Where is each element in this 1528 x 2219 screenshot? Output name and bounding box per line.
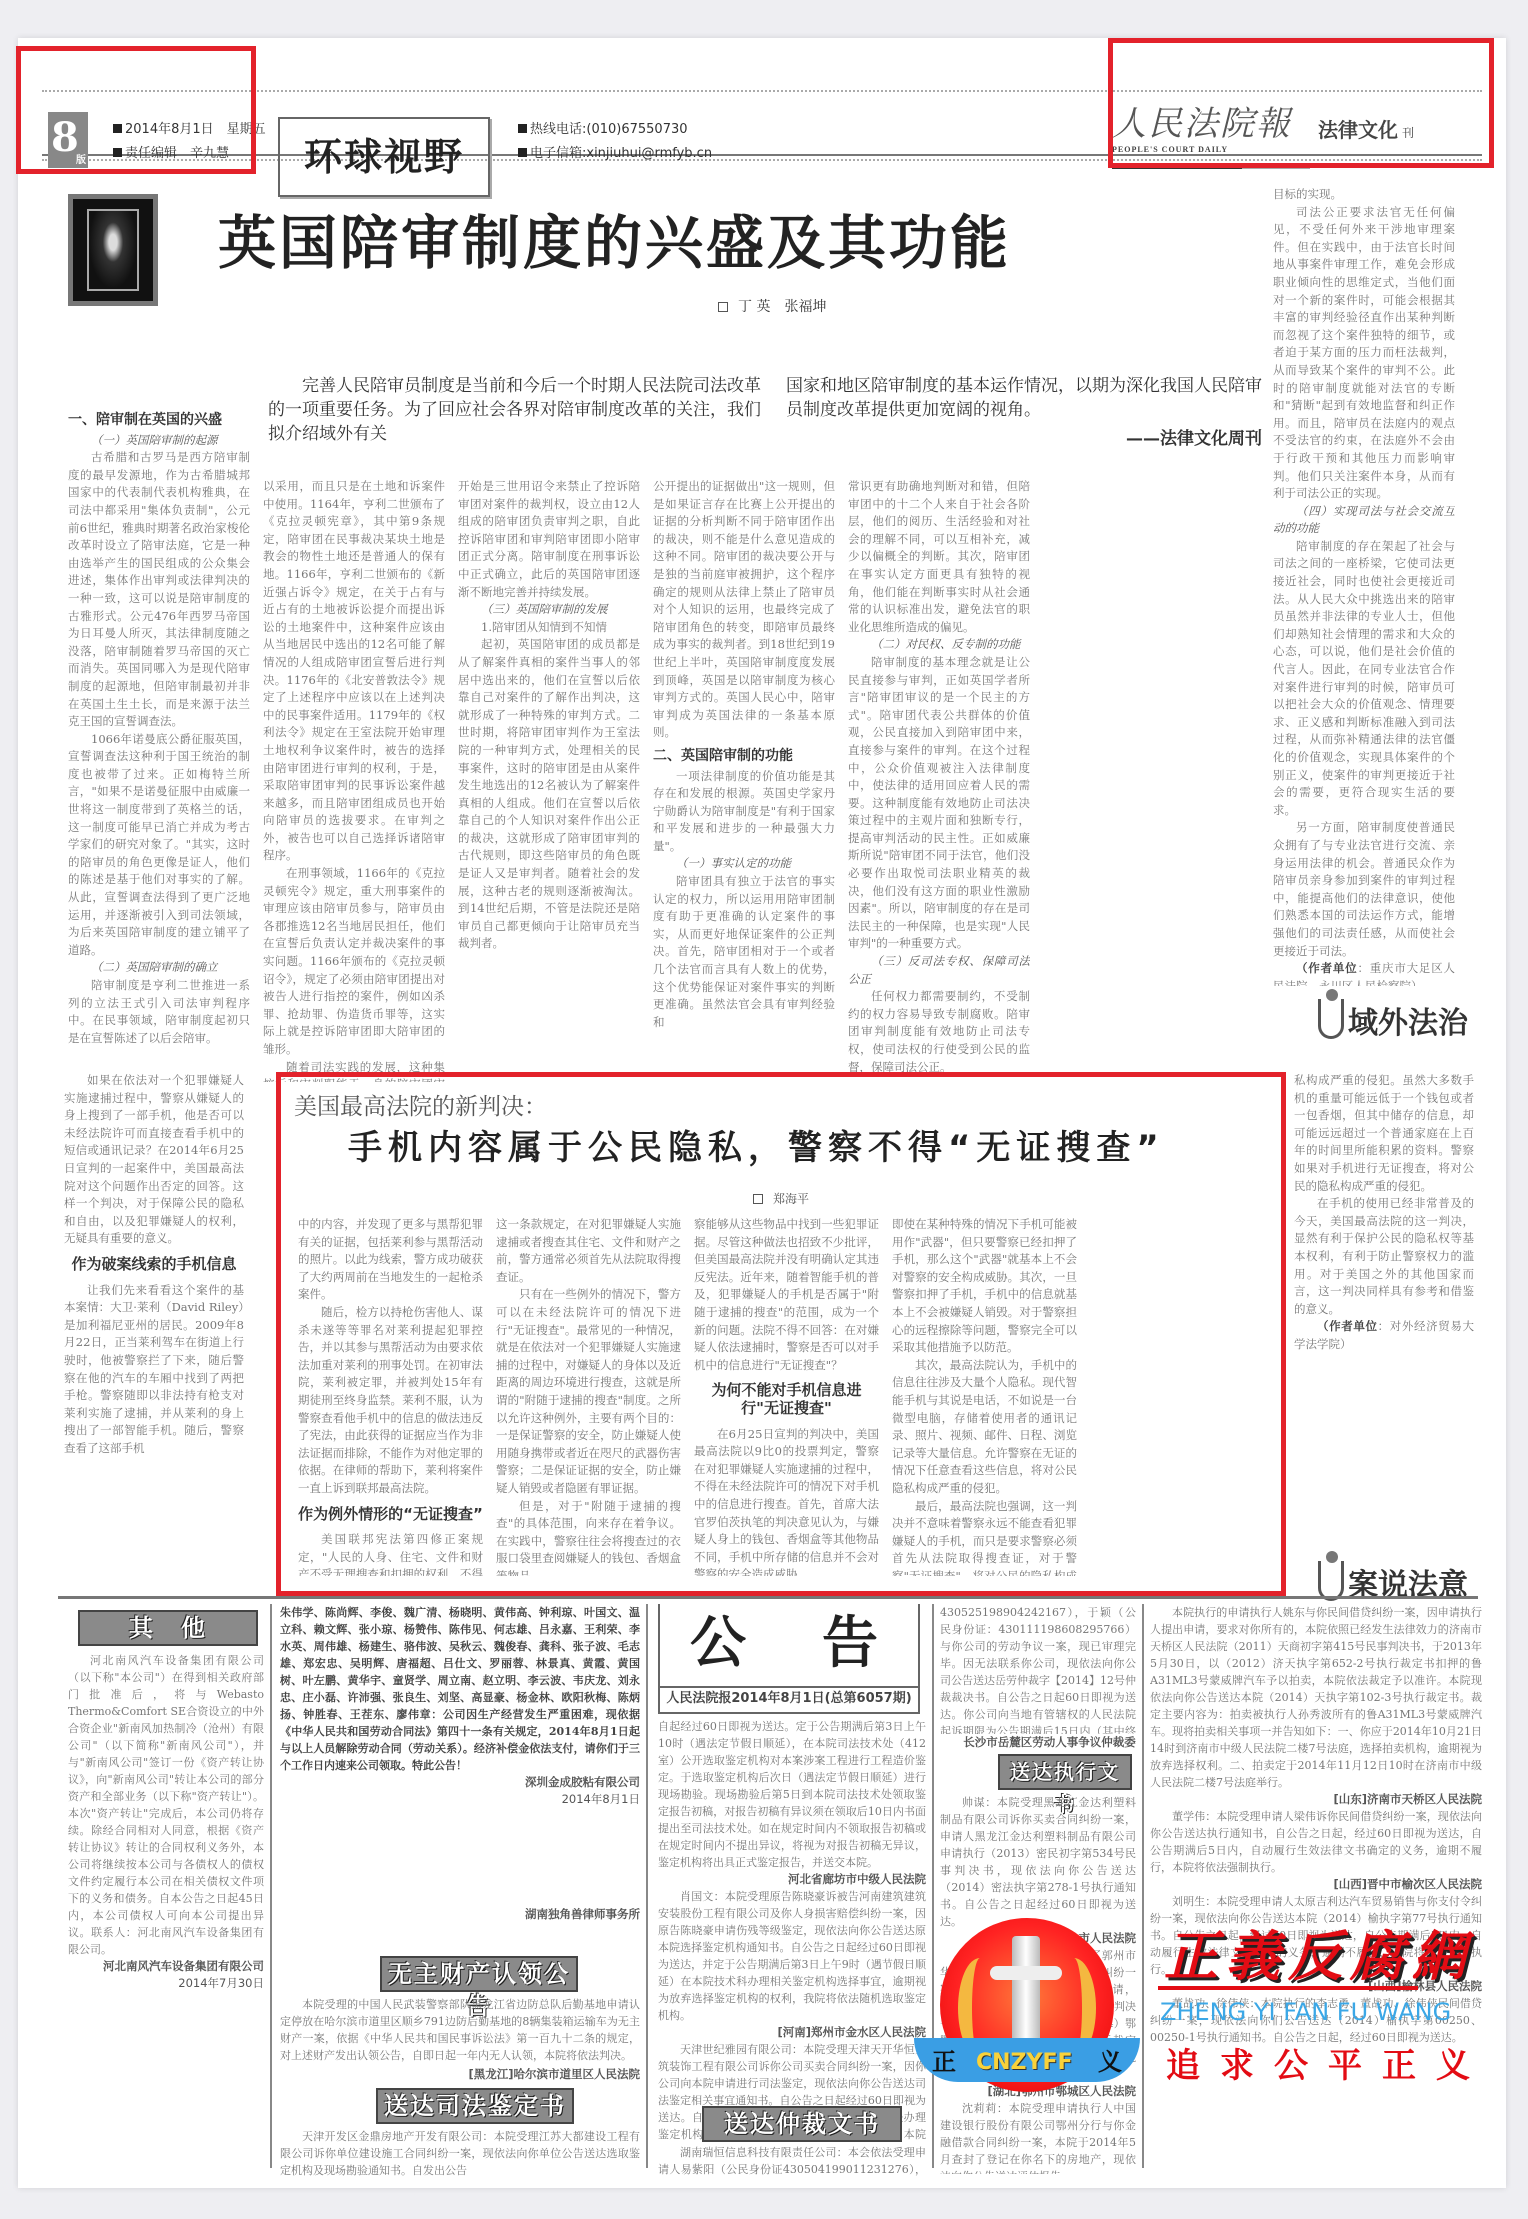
subsection-heading: （三）反司法专权、保障司法公正 [848, 953, 1030, 988]
watermark-slogan: 追求公平正义 [1166, 2038, 1490, 2087]
article2-title: 手机内容属于公民隐私，警察不得“无证搜查” [348, 1120, 1165, 1169]
announcement-subtitle-box: 人民法院报2014年8月1日(总第6057期) [658, 1688, 920, 1714]
article1-column-5: 常识更有助确地判断对和错，但陪审团中的十二个人来自于社会各阶层，他们的阅历、生活… [848, 478, 1030, 1082]
bullet-square-icon [518, 148, 527, 157]
article2-right-column: 私构成严重的侵犯。虽然大多数手机的重量可能远低于一个钱包或者一包香烟，但其中储存… [1294, 1072, 1474, 1492]
notices-top-rule [58, 1596, 1478, 1599]
article1-column-4: 公开提出的证据做出"这一规则，但是如果证言存在比赛上公开提出的证据的分析判断不同… [653, 478, 835, 1082]
article1-lede-source: ——法律文化周刊 [1126, 424, 1262, 449]
notice-auction: 本院执行的申请执行人姚东与你民间借贷纠纷一案，因申请执行人提出申请，要求对你所有… [1150, 1604, 1482, 2174]
notice-other: 河北南风汽车设备集团有限公司（以下称"本公司"）在得到相关政府部门批准后，将与W… [68, 1652, 264, 2172]
byline-box-icon [718, 302, 728, 312]
article1-column-2: 以采用，而且只是在土地和诉案件中使用。1164年，亨利二世颁布了《克拉灵顿宪章》… [263, 478, 445, 1082]
section-heading: 二、英国陪审制的功能 [653, 748, 835, 766]
emblem-text: CNZYFF [976, 2050, 1073, 2075]
article1-title: 英国陪审制度的兴盛及其功能 [218, 196, 1011, 280]
article2-column-1: 中的内容，并发现了更多与黑帮犯罪有关的证据，包括莱利参与黑帮活动的照片。以此为线… [298, 1216, 483, 1576]
mascot-icon [1318, 999, 1344, 1039]
watermark-title: 正義反腐網 [1164, 1914, 1474, 1991]
subsection-heading: （一）英国陪审制的起源 [68, 432, 250, 450]
article2-byline: 郑海平 [753, 1190, 809, 1207]
notice-divider [932, 1604, 934, 2168]
article2-subheading: 为何不能对手机信息进行"无证搜查" [694, 1382, 879, 1417]
section-heading: 一、陪审制在英国的兴盛 [68, 412, 250, 430]
article2-subheading: 作为破案线索的手机信息 [64, 1256, 244, 1274]
bullet-square-icon [518, 124, 527, 133]
banner-execution: 送达执行文书 [998, 1754, 1132, 1790]
article2-left-column: 如果在依法对一个犯罪嫌疑人实施逮捕过程中，警察从嫌疑人的身上搜到了一部手机，他是… [64, 1072, 244, 1592]
article1-lede-left: 完善人民陪审员制度是当前和今后一个时期人民法院司法改革的一项重要任务。为了回应社… [268, 374, 768, 446]
article2-subheading: 作为例外情形的“无证搜查” [298, 1506, 483, 1524]
email: 电子信箱:xinjiuhui@rmfyb.cn [518, 142, 712, 161]
subsection-heading: （四）实现司法与社会交流互动的功能 [1273, 503, 1455, 538]
notice-layoff: 朱伟学、陈尚辉、李俊、魏广清、杨晓明、黄伟高、钟利琼、叶国文、温立科、赖文辉、张… [280, 1604, 640, 1904]
notice-labor-sign: 长沙市岳麓区劳动人事争议仲裁委员会 [940, 1734, 1136, 1752]
hotline: 热线电话:(010)67550730 [518, 118, 688, 137]
notice-arbitration: 湖南瑞恒信息科技有限责任公司：本会依法受理申请人易紫阳（公民身份证4305041… [658, 2144, 926, 2180]
notice-unclaimed-property: 本院受理的中国人民武装警察部队黑龙江省边防总队后勤基地申请认定停放在哈尔滨市道里… [280, 1996, 640, 2066]
announcement-subtitle: 人民法院报2014年8月1日(总第6057期) [660, 1688, 918, 1710]
notice-divider [270, 1604, 272, 2168]
notice-divider [1142, 1604, 1144, 2168]
notice-labor-arbitration: 430525198904242167），于颖（公民身份证：43011119860… [940, 1604, 1136, 1734]
article2-column-4: 即使在某种特殊的情况下手机可能被用作"武器"，但只要警察已经扣押了手机，那么这个… [892, 1216, 1077, 1576]
newspaper-page: 8 版 2014年8月1日 星期五 责任编辑 辛九慧 环球视野 热线电话:(01… [18, 38, 1506, 2188]
notice-judicial-appraisal: 天津开发区金鼎房地产开发有限公司：本院受理江苏大都建设工程有限公司诉你单位建设施… [280, 2128, 640, 2178]
notice-property-court: [黑龙江]哈尔滨市道里区人民法院 [280, 2066, 640, 2084]
section-title: 环球视野 [278, 117, 490, 197]
subsection-heading: （一）事实认定的功能 [653, 855, 835, 873]
watermark-underline [1158, 1986, 1418, 1990]
highlight-box-date [16, 46, 256, 174]
highlight-box-logo [1108, 38, 1494, 168]
subsection-heading: （三）英国陪审制的发展 [458, 601, 640, 619]
article2-column-2: 这一条款规定，在对犯罪嫌疑人实施逮捕或者搜查其住宅、文件和财产之前，警方通常必须… [496, 1216, 681, 1576]
banner-other: 其 他 [78, 1610, 258, 1646]
column-logo-overseas-law: 域外法治 [1318, 998, 1468, 1042]
article1-column-6: 目标的实现。 司法公正要求法官无任何偏见，不受任何外来干涉地审理案件。但在实践中… [1273, 186, 1455, 986]
author-unit: （作者单位：重庆市大足区人民法院、永川区人民检察院） [1273, 960, 1455, 986]
article2-kicker: 美国最高法院的新判决： [294, 1088, 547, 1121]
portrait-illustration [68, 194, 158, 306]
mascot-icon [1318, 1561, 1344, 1601]
notice-lawyer: 湖南独角兽律师事务所 [280, 1906, 640, 1956]
subsection-heading: （二）英国陪审制的确立 [68, 959, 250, 977]
announcement-title: 公 告 [660, 1604, 918, 1684]
byline-box-icon [753, 1194, 763, 1204]
article1-column-1: 一、陪审制在英国的兴盛 （一）英国陪审制的起源 古希腊和古罗马是西方陪审制度的最… [68, 406, 250, 1082]
article1-lede-right: 国家和地区陪审制度的基本运作情况，以期为深化我国人民陪审员制度改革提供更加宽阔的… [786, 374, 1266, 422]
banner-arbitration: 送达仲裁文书 [702, 2106, 902, 2142]
banner-unclaimed-property: 无主财产认领公告 [380, 1956, 578, 1992]
announcement-title-box: 公 告 [658, 1604, 920, 1688]
article1-column-3: 开始是三世用诏令来禁止了控诉陪审团对案件的裁判权，设立由12人组成的陪审团负责审… [458, 478, 640, 1082]
watermark-ribbon: 正 义 CNZYFF [914, 2038, 1140, 2082]
subsection-heading: （二）对民权、反专制的功能 [848, 636, 1030, 654]
author-unit: （作者单位：对外经济贸易大学法学院） [1294, 1318, 1474, 1353]
article1-byline: 丁 英 张福坤 [718, 296, 826, 316]
article2-column-3: 察能够从这些物品中找到一些犯罪证据。尽管这种做法也招致不少批评，但美国最高法院并… [694, 1216, 879, 1576]
notice-divider [646, 1604, 648, 2168]
banner-judicial-appraisal: 送达司法鉴定书 [376, 2088, 574, 2124]
watermark-pinyin: ZHENG YI FAN FU WANG [1160, 1998, 1451, 2026]
